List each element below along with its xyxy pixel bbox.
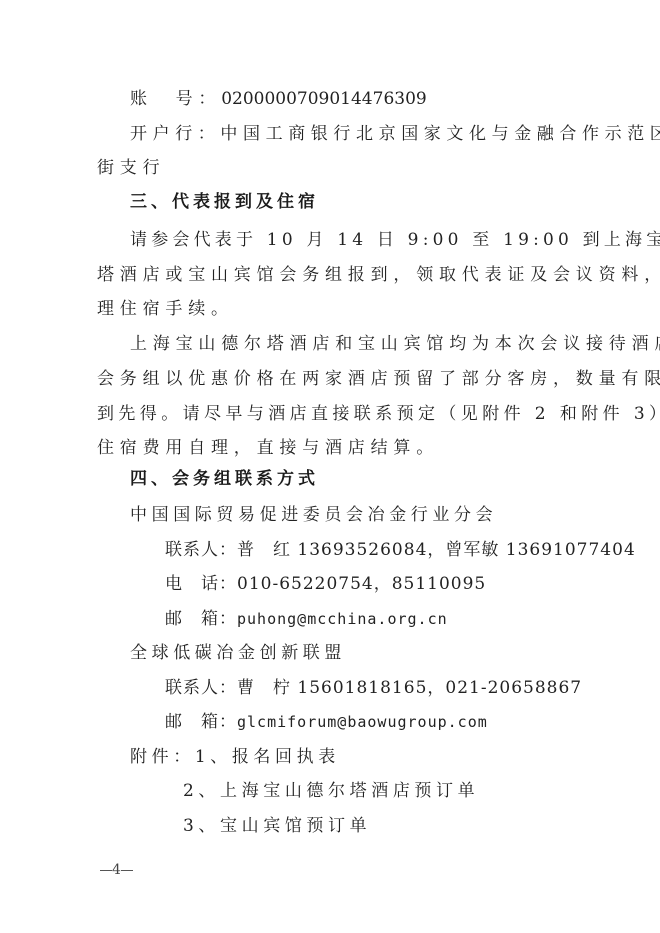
- bank-line-1: 开户行：中国工商银行北京国家文化与金融合作示范区金: [130, 123, 660, 145]
- bank-line-2: 街支行: [97, 157, 165, 179]
- section-3-para1-line2: 塔酒店或宝山宾馆会务组报到，领取代表证及会议资料，并办: [97, 264, 660, 286]
- org2-contact-value: 曹 柠 15601818165，021-20658867: [237, 678, 582, 698]
- bank-name-cont: 街支行: [97, 158, 165, 178]
- org2-email-label: 邮 箱：: [165, 712, 237, 732]
- document-page: 账 号：0200000709014476309 开户行：中国工商银行北京国家文化…: [0, 0, 660, 933]
- section-3-title: 三、代表报到及住宿: [130, 191, 319, 213]
- bank-name: 中国工商银行北京国家文化与金融合作示范区金: [220, 124, 660, 144]
- org1-email-line: 邮 箱：puhong@mcchina.org.cn: [165, 608, 448, 630]
- attachment-item-1: 1、报名回执表: [195, 747, 340, 767]
- org2-contact-label: 联系人：: [165, 678, 237, 698]
- section-3-para2-line1: 上海宝山德尔塔酒店和宝山宾馆均为本次会议接待酒店，: [130, 333, 660, 355]
- section-3-para1-line3: 理住宿手续。: [97, 298, 234, 320]
- attachment-item-2: 2、上海宝山德尔塔酒店预订单: [183, 780, 479, 802]
- account-number: 0200000709014476309: [221, 89, 427, 109]
- attachment-item-3: 3、宝山宾馆预订单: [183, 815, 371, 837]
- org2-email-link[interactable]: glcmiforum@baowugroup.com: [237, 713, 488, 731]
- footer-dash-left: [100, 870, 112, 871]
- account-label: 账 号：: [130, 89, 221, 109]
- bank-label: 开户行：: [130, 124, 220, 144]
- page-number: 4: [112, 862, 121, 878]
- org2-contact-line: 联系人：曹 柠 15601818165，021-20658867: [165, 677, 582, 699]
- section-3-para2-line4: 住宿费用自理，直接与酒店结算。: [97, 437, 439, 459]
- account-line: 账 号：0200000709014476309: [130, 88, 427, 110]
- org1-name: 中国国际贸易促进委员会冶金行业分会: [130, 504, 497, 526]
- org1-email-link[interactable]: puhong@mcchina.org.cn: [237, 610, 448, 628]
- footer-dash-right: [121, 870, 133, 871]
- attachments-label: 附件：: [130, 747, 195, 767]
- org2-name: 全球低碳冶金创新联盟: [130, 642, 346, 664]
- org1-contact-value: 普 红 13693526084，曾军敏 13691077404: [237, 540, 636, 560]
- attachments-line-1: 附件：1、报名回执表: [130, 746, 340, 768]
- page-footer: 4: [100, 862, 133, 878]
- section-3-para1-line1: 请参会代表于 10 月 14 日 9:00 至 19:00 到上海宝山德尔: [130, 229, 660, 251]
- org1-phone-value: 010-65220754，85110095: [237, 574, 486, 594]
- section-3-para2-line2: 会务组以优惠价格在两家酒店预留了部分客房，数量有限，先: [97, 368, 660, 390]
- org1-email-label: 邮 箱：: [165, 609, 237, 629]
- section-4-title: 四、会务组联系方式: [130, 468, 319, 490]
- org1-contact-line: 联系人：普 红 13693526084，曾军敏 13691077404: [165, 539, 636, 561]
- org1-phone-label: 电 话：: [165, 574, 237, 594]
- org1-phone-line: 电 话：010-65220754，85110095: [165, 573, 486, 595]
- org2-email-line: 邮 箱：glcmiforum@baowugroup.com: [165, 711, 488, 733]
- section-3-para2-line3: 到先得。请尽早与酒店直接联系预定（见附件 2 和附件 3），: [97, 403, 660, 425]
- org1-contact-label: 联系人：: [165, 540, 237, 560]
